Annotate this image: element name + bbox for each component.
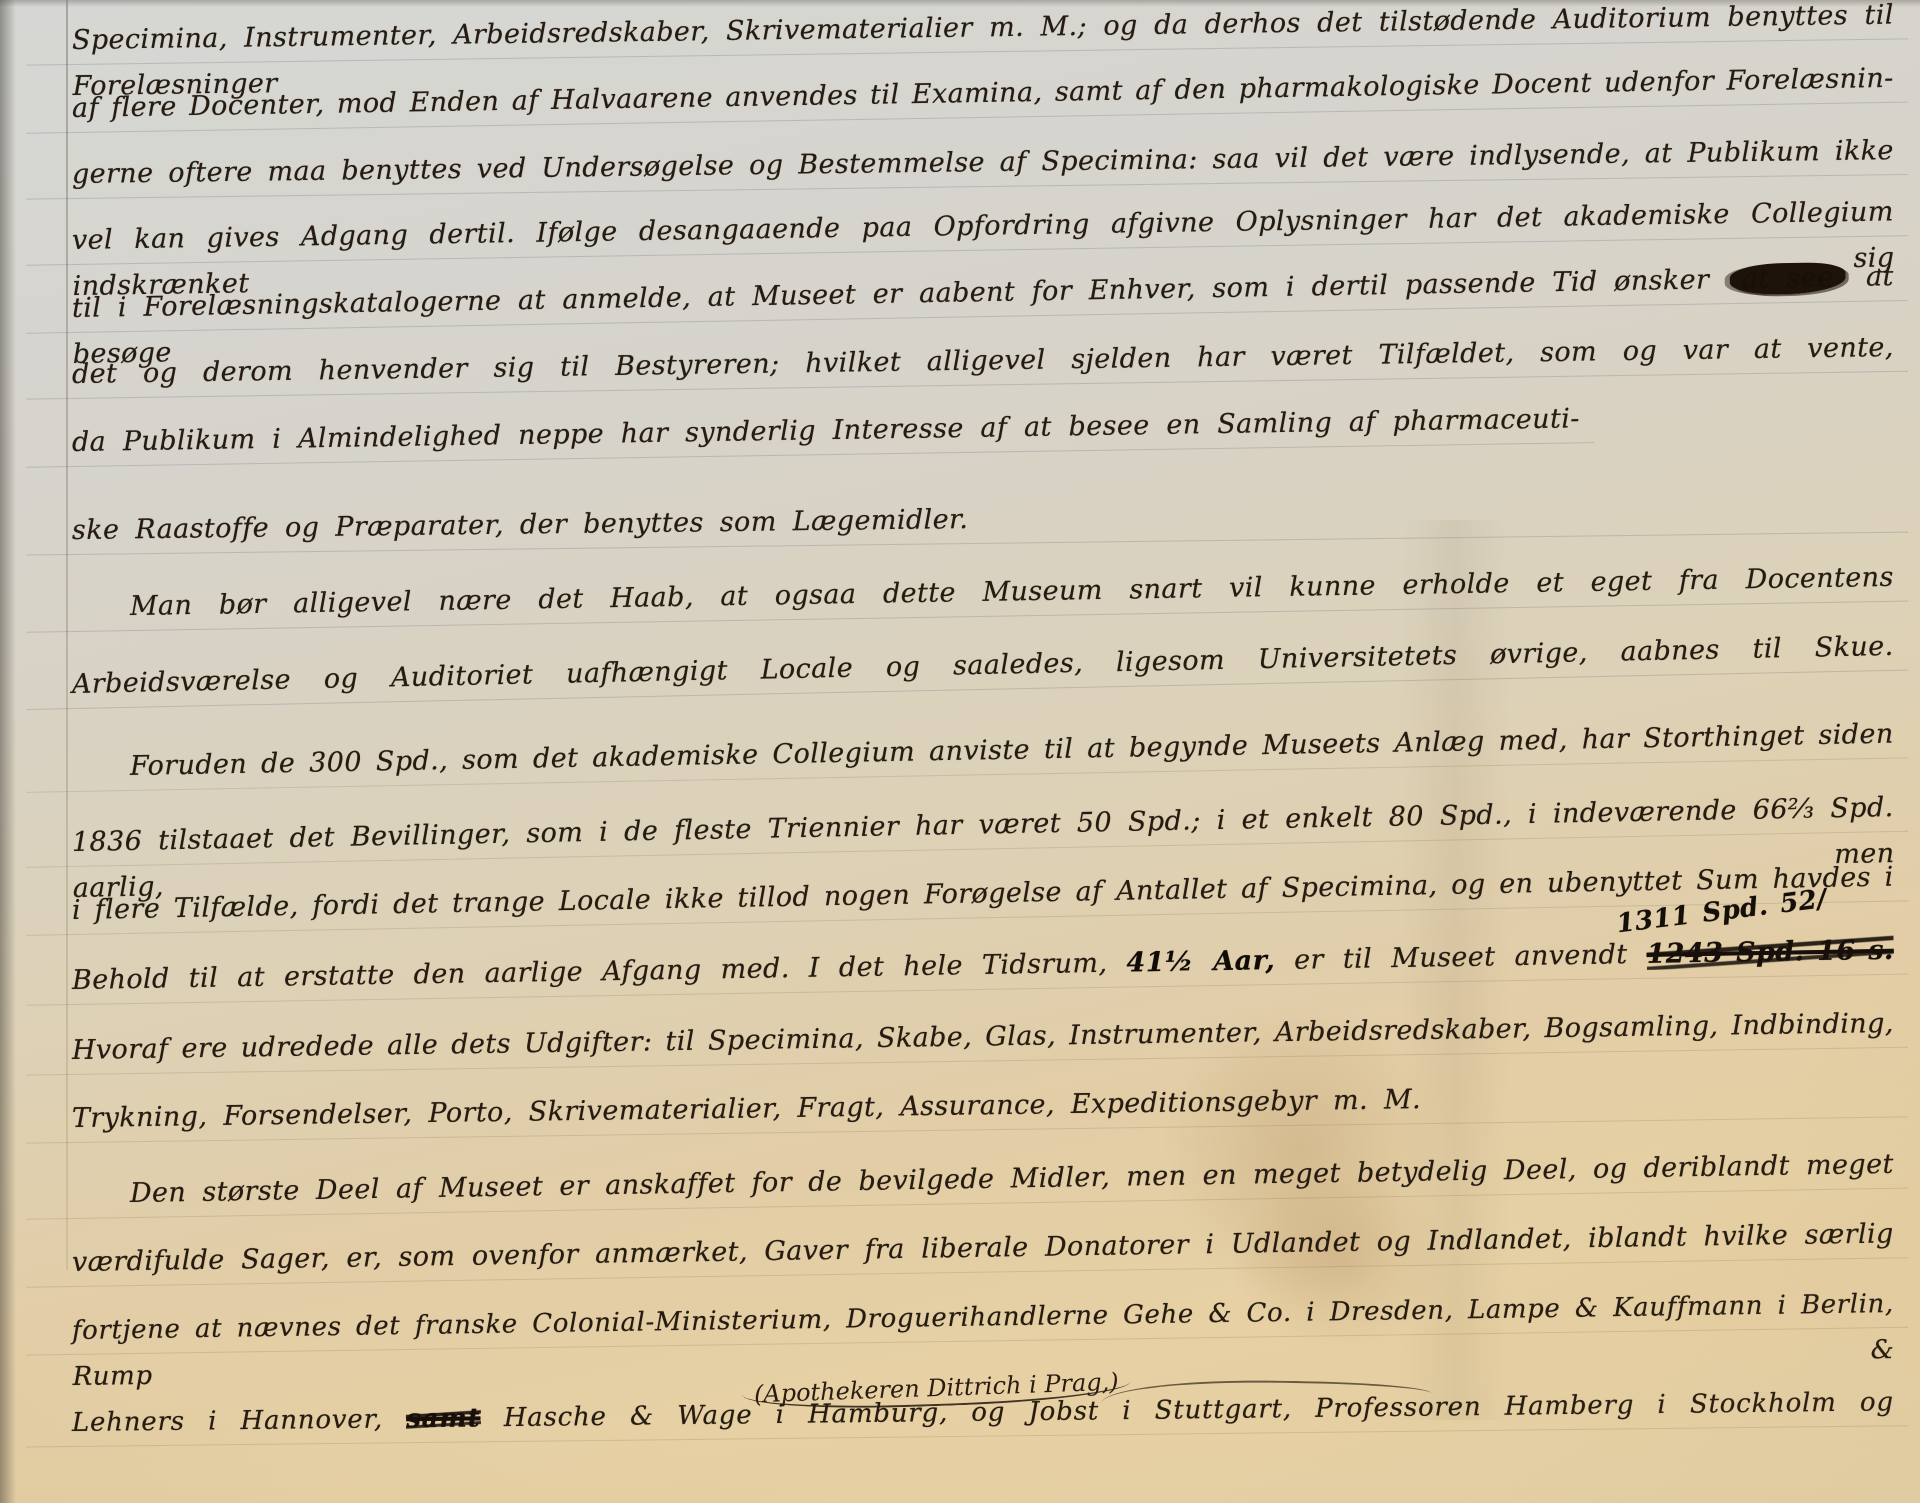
text-segment: Professoren Hamberg i Stockholm og <box>1315 1387 1894 1424</box>
manuscript-line-14: Behold til at erstatte den aarlige Afgan… <box>72 928 1895 1010</box>
manuscript-line-3: gerne oftere maa benyttes ved Undersøgel… <box>72 128 1895 204</box>
manuscript-line-4: vel kan gives Adgang dertil. Ifølge desa… <box>72 189 1895 270</box>
manuscript-line-6: det og derom henvender sig til Bestyrere… <box>72 325 1895 404</box>
text-segment: Behold til at erstatte den aarlige Afgan… <box>72 948 1108 996</box>
manuscript-line-11: Foruden de 300 Spd., som det akademiske … <box>72 712 1895 797</box>
sum-correction-group: 1243 Spd. 16 s. 1311 Spd. 52/ <box>1646 928 1894 978</box>
manuscript-line-8: ske Raastoffe og Præparater, der benytte… <box>72 486 1894 560</box>
manuscript-page: Specimina, Instrumenter, Arbeidsredskabe… <box>0 0 1920 1503</box>
manuscript-line-15: Hvoraf ere udredede alle dets Udgifter: … <box>72 1001 1895 1080</box>
text-segment: er til Museet anvendt <box>1294 939 1628 976</box>
manuscript-line-17: Den største Deel af Museet er anskaffet … <box>72 1142 1895 1224</box>
manuscript-line-7: da Publikum i Almindelighed neppe har sy… <box>72 396 1581 472</box>
margin-rule-line <box>66 0 68 1270</box>
manuscript-line-10: Arbeidsværelse og Auditoriet uafhængigt … <box>71 624 1894 714</box>
text-segment: Lehners i Hannover, <box>72 1404 383 1438</box>
ink-blot: at see <box>1730 262 1846 295</box>
manuscript-line-18: værdifulde Sager, er, som ovenfor anmærk… <box>72 1211 1895 1292</box>
text-segment: Hasche & Wage i Hamburg, og Jobst i Stut… <box>504 1394 1292 1433</box>
page-edge-shadow <box>0 0 16 1503</box>
manuscript-line-19: fortjene at nævnes det franske Colonial-… <box>72 1281 1895 1360</box>
struck-sum: 1243 Spd. 16 s. <box>1646 935 1894 970</box>
manuscript-line-9: Man bør alligevel nære det Haab, at ogsa… <box>72 555 1895 637</box>
struck-word: samt <box>406 1403 481 1434</box>
manuscript-line-16: Trykning, Forsendelser, Porto, Skrivemat… <box>72 1071 1895 1148</box>
duration-figure: 41½ Aar, <box>1126 945 1275 978</box>
manuscript-line-2: af flere Docenter, mod Enden af Halvaare… <box>72 56 1895 138</box>
